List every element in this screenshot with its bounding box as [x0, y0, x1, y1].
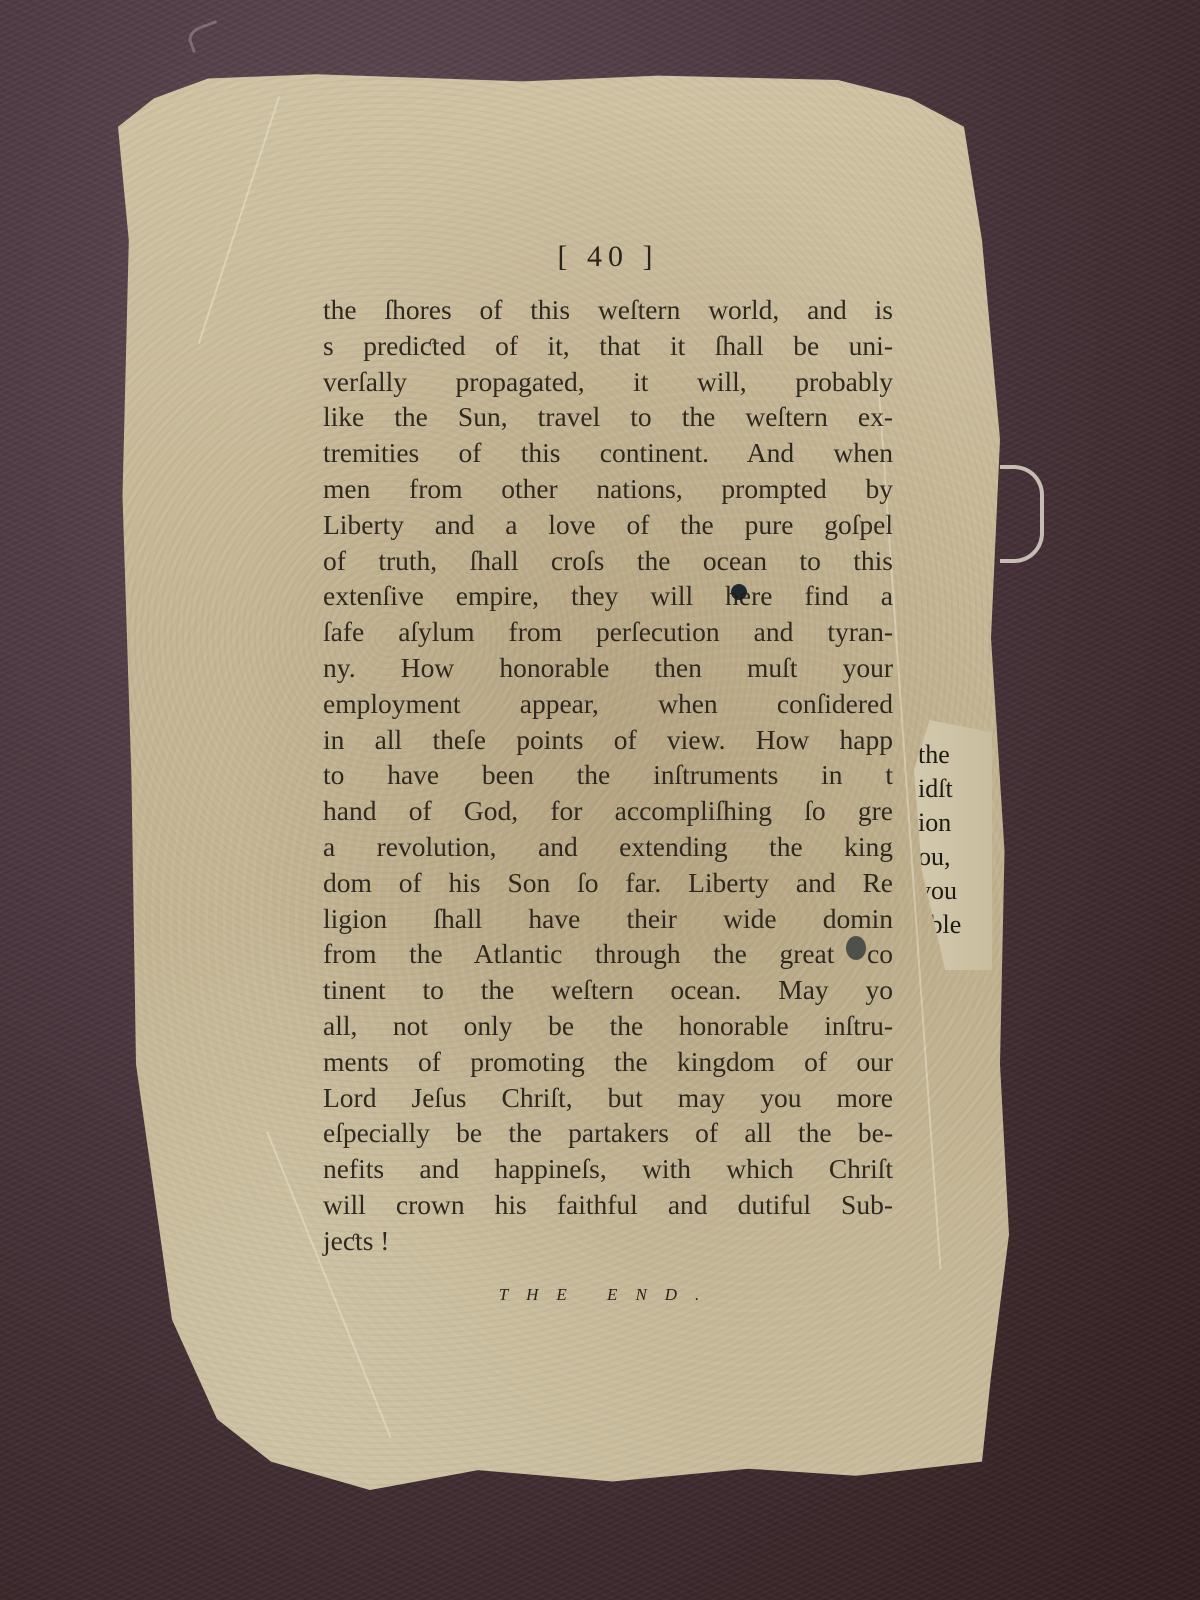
text-line: s prediƈted of it, that it ſhall be uni-: [323, 328, 893, 364]
flap-fragment: ou,: [918, 840, 992, 874]
text-line: in all theſe points of view. How happ: [323, 722, 893, 758]
text-line: hand of God, for accompliſhing ſo gre: [323, 793, 893, 829]
text-line: Liberty and a love of the pure goſpel: [323, 507, 893, 543]
text-line: will crown his faithful and dutiful Sub-: [323, 1187, 893, 1223]
folded-paper-flap: the idſt ion ou, you able na: [914, 720, 992, 970]
page-number: [ 40 ]: [323, 240, 893, 274]
flap-fragment: you: [918, 874, 992, 908]
text-line: all, not only be the honorable inſtru-: [323, 1008, 893, 1044]
text-line: of truth, ſhall croſs the ocean to this: [323, 543, 893, 579]
text-line: the ſhores of this weſtern world, and is: [323, 292, 893, 328]
flap-fragment: na: [918, 942, 992, 976]
text-line: ments of promoting the kingdom of our: [323, 1044, 893, 1080]
flap-fragment: able: [918, 908, 992, 942]
flap-fragment: the: [918, 738, 992, 772]
text-line: from the Atlantic through the great co: [323, 936, 893, 972]
paper-crease: [198, 96, 280, 344]
page-text-block: [ 40 ] the ſhores of this weſtern world,…: [323, 240, 893, 1305]
text-line: ny. How honorable then muſt your: [323, 650, 893, 686]
text-line: nefits and happineſs, with which Chriſt: [323, 1151, 893, 1187]
text-line: employment appear, when conſidered: [323, 686, 893, 722]
text-line: extenſive empire, they will here find a: [323, 578, 893, 614]
text-line: like the Sun, travel to the weſtern ex-: [323, 399, 893, 435]
text-line: eſpecially be the partakers of all the b…: [323, 1115, 893, 1151]
text-line: tremities of this continent. And when: [323, 435, 893, 471]
flap-fragment: ion: [918, 806, 992, 840]
text-line: dom of his Son ſo far. Liberty and Re: [323, 865, 893, 901]
text-line: tinent to the weſtern ocean. May yo: [323, 972, 893, 1008]
text-line: Lord Jeſus Chriſt, but may you more: [323, 1080, 893, 1116]
text-line: to have been the inſtruments in t: [323, 757, 893, 793]
text-line: a revolution, and extending the king: [323, 829, 893, 865]
text-line: ſafe aſylum from perſecution and tyran-: [323, 614, 893, 650]
binding-thread: [1000, 465, 1044, 563]
the-end-closing: THE END.: [323, 1285, 893, 1305]
text-line: men from other nations, prompted by: [323, 471, 893, 507]
text-line: jeƈts !: [323, 1223, 893, 1259]
text-line: ligion ſhall have their wide domin: [323, 901, 893, 937]
flap-fragment: idſt: [918, 772, 992, 806]
text-line: verſally propagated, it will, probably: [323, 364, 893, 400]
printed-page: [ 40 ] the ſhores of this weſtern world,…: [118, 70, 1018, 1490]
